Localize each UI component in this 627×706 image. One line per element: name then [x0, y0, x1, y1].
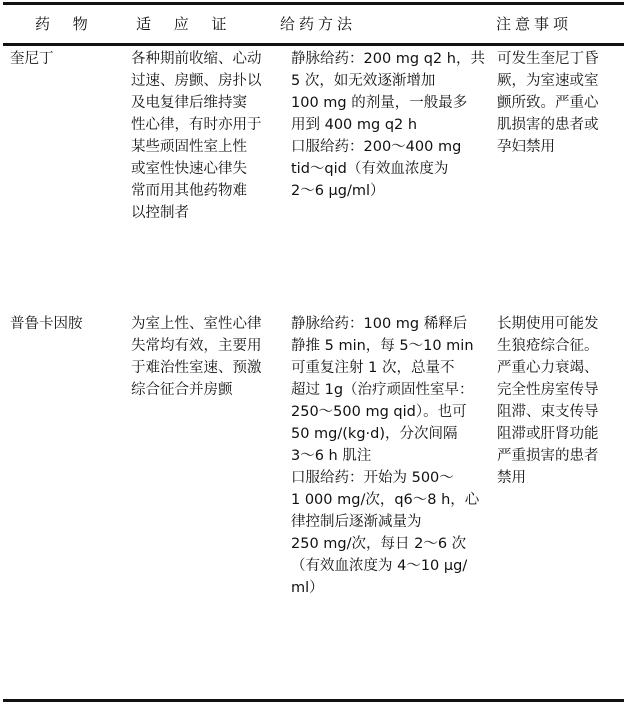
- text-line: 静脉给药：200 mg q2 h，共: [291, 48, 491, 70]
- text-line: 性心律，有时亦用于: [131, 114, 283, 136]
- text-line: 50 mg/(kg·d)，分次间隔: [291, 423, 491, 445]
- row-1-drug: 奎尼丁: [10, 48, 120, 70]
- text-line: 严重心力衰竭、: [497, 357, 621, 379]
- text-line: 综合征合并房颤: [131, 379, 283, 401]
- text-line: 完全性房室传导: [497, 379, 621, 401]
- text-line: ml）: [291, 577, 491, 599]
- table-header-rule: [3, 43, 624, 46]
- text-line: 或室性快速心律失: [131, 158, 283, 180]
- row-2-drug: 普鲁卡因胺: [10, 313, 120, 335]
- text-line: 口服给药：200～400 mg: [291, 136, 491, 158]
- text-line: 可重复注射 1 次，总量不: [291, 357, 491, 379]
- text-line: 以控制者: [131, 202, 283, 224]
- text-line: 律控制后逐渐减量为: [291, 511, 491, 533]
- text-line: tid～qid（有效血浓度为: [291, 158, 491, 180]
- header-administration: 给药方法: [280, 13, 356, 34]
- text-line: 250 mg/次，每日 2～6 次: [291, 533, 491, 555]
- text-line: 孕妇禁用: [497, 136, 621, 158]
- text-line: 及电复律后维持窦: [131, 92, 283, 114]
- text-line: 2～6 μg/ml）: [291, 180, 491, 202]
- text-line: 各种期前收缩、心动: [131, 48, 283, 70]
- text-line: 阻滞、束支传导: [497, 401, 621, 423]
- text-line: 阻滞或肝肾功能: [497, 423, 621, 445]
- text-line: 长期使用可能发: [497, 313, 621, 335]
- text-line: （有效血浓度为 4～10 μg/: [291, 555, 491, 577]
- text-line: 用到 400 mg q2 h: [291, 114, 491, 136]
- row-2-administration: 静脉给药：100 mg 稀释后 静推 5 min，每 5～10 min 可重复注…: [291, 313, 491, 599]
- row-1-indication: 各种期前收缩、心动 过速、房颤、房扑以 及电复律后维持窦 性心律，有时亦用于 某…: [131, 48, 283, 224]
- row-2-indication: 为室上性、室性心律 失常均有效，主要用 于难治性室速、预激 综合征合并房颤: [131, 313, 283, 401]
- header-indication: 适 应 证: [136, 13, 236, 34]
- text-line: 250～500 mg qid）。也可: [291, 401, 491, 423]
- text-line: 3～6 h 肌注: [291, 445, 491, 467]
- text-line: 静推 5 min，每 5～10 min: [291, 335, 491, 357]
- text-line: 厥，为室速或室: [497, 70, 621, 92]
- row-2-precautions: 长期使用可能发 生狼疮综合征。 严重心力衰竭、 完全性房室传导 阻滞、束支传导 …: [497, 313, 621, 489]
- text-line: 肌损害的患者或: [497, 114, 621, 136]
- text-line: 某些顽固性室上性: [131, 136, 283, 158]
- text-line: 为室上性、室性心律: [131, 313, 283, 335]
- text-line: 禁用: [497, 467, 621, 489]
- text-line: 失常均有效，主要用: [131, 335, 283, 357]
- text-line: 过速、房颤、房扑以: [131, 70, 283, 92]
- text-line: 常而用其他药物难: [131, 180, 283, 202]
- text-line: 口服给药：开始为 500～: [291, 467, 491, 489]
- text-line: 生狼疮综合征。: [497, 335, 621, 357]
- table-top-rule: [3, 2, 624, 5]
- header-drug: 药 物: [35, 13, 97, 34]
- text-line: 100 mg 的剂量，一般最多: [291, 92, 491, 114]
- text-line: 超过 1g（治疗顽固性室早：: [291, 379, 491, 401]
- text-line: 可发生奎尼丁昏: [497, 48, 621, 70]
- text-line: 颤所致。严重心: [497, 92, 621, 114]
- header-precautions: 注意事项: [496, 13, 572, 34]
- text-line: 5 次，如无效逐渐增加: [291, 70, 491, 92]
- text-line: 静脉给药：100 mg 稀释后: [291, 313, 491, 335]
- table-bottom-rule: [3, 699, 624, 702]
- text-line: 于难治性室速、预激: [131, 357, 283, 379]
- row-1-precautions: 可发生奎尼丁昏 厥，为室速或室 颤所致。严重心 肌损害的患者或 孕妇禁用: [497, 48, 621, 158]
- text-line: 1 000 mg/次，q6～8 h，心: [291, 489, 491, 511]
- row-1-administration: 静脉给药：200 mg q2 h，共 5 次，如无效逐渐增加 100 mg 的剂…: [291, 48, 491, 202]
- text-line: 严重损害的患者: [497, 445, 621, 467]
